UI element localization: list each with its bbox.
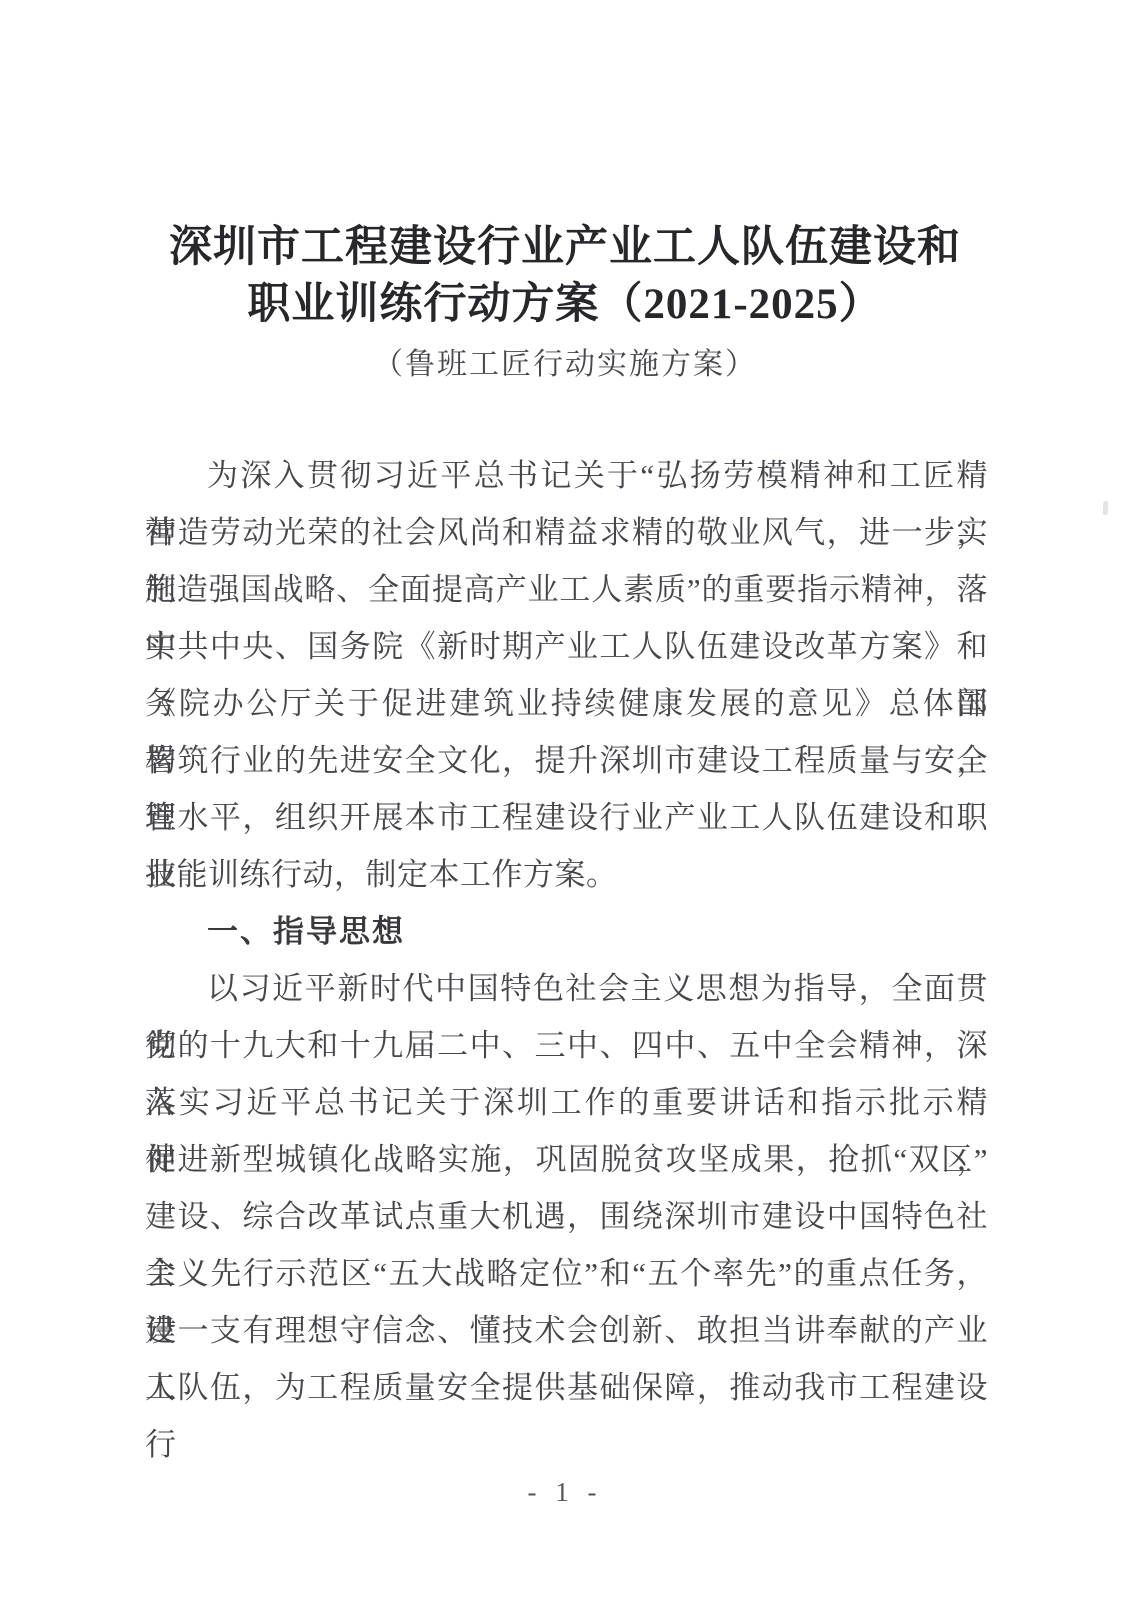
body-line: 党的十九大和十九届二中、三中、四中、五中全会精神，深入 (145, 1017, 988, 1074)
scan-artifact (1103, 501, 1109, 515)
document-subtitle: （鲁班工匠行动实施方案） (0, 346, 1130, 384)
body-line: 主义先行示范区“五大战略定位”和“五个率先”的重点任务，建 (145, 1245, 988, 1302)
body-line: 人队伍，为工程质量安全提供基础保障，推动我市工程建设行 (145, 1359, 988, 1416)
body-line: 制造强国战略、全面提高产业工人素质”的重要指示精神，落实 (145, 561, 988, 618)
body-line: 务院办公厅关于促进建筑业持续健康发展的意见》总体部署， (145, 675, 988, 732)
body-line: 建设、综合改革试点重大机遇，围绕深圳市建设中国特色社会 (145, 1188, 988, 1245)
body-line: 构筑行业的先进安全文化，提升深圳市建设工程质量与安全管 (145, 732, 988, 789)
body-line: 中共中央、国务院《新时期产业工人队伍建设改革方案》和《国 (145, 618, 988, 675)
body-line: 设一支有理想守信念、懂技术会创新、敢担当讲奉献的产业工 (145, 1302, 988, 1359)
body-line: 促进新型城镇化战略实施，巩固脱贫攻坚成果，抢抓“双区” (145, 1131, 988, 1188)
body-line: 理水平，组织开展本市工程建设行业产业工人队伍建设和职业 (145, 789, 988, 846)
body-line: 落实习近平总书记关于深圳工作的重要讲话和指示批示精神， (145, 1074, 988, 1131)
section-heading: 一、指导思想 (145, 903, 988, 960)
body-line: 营造劳动光荣的社会风尚和精益求精的敬业风气，进一步实施 (145, 504, 988, 561)
page-number: - 1 - (0, 1477, 1130, 1507)
document-title-line-1: 深圳市工程建设行业产业工人队伍建设和 (0, 219, 1130, 276)
scanned-document-page: 深圳市工程建设行业产业工人队伍建设和 职业训练行动方案（2021-2025） （… (0, 0, 1130, 1600)
body-line: 为深入贯彻习近平总书记关于“弘扬劳模精神和工匠精神， (145, 447, 988, 504)
document-title: 深圳市工程建设行业产业工人队伍建设和 职业训练行动方案（2021-2025） (0, 219, 1130, 333)
document-body: 为深入贯彻习近平总书记关于“弘扬劳模精神和工匠精神， 营造劳动光荣的社会风尚和精… (145, 447, 988, 1416)
body-line: 以习近平新时代中国特色社会主义思想为指导，全面贯彻 (145, 960, 988, 1017)
body-line: 技能训练行动，制定本工作方案。 (145, 846, 988, 903)
document-title-line-2: 职业训练行动方案（2021-2025） (0, 276, 1130, 333)
